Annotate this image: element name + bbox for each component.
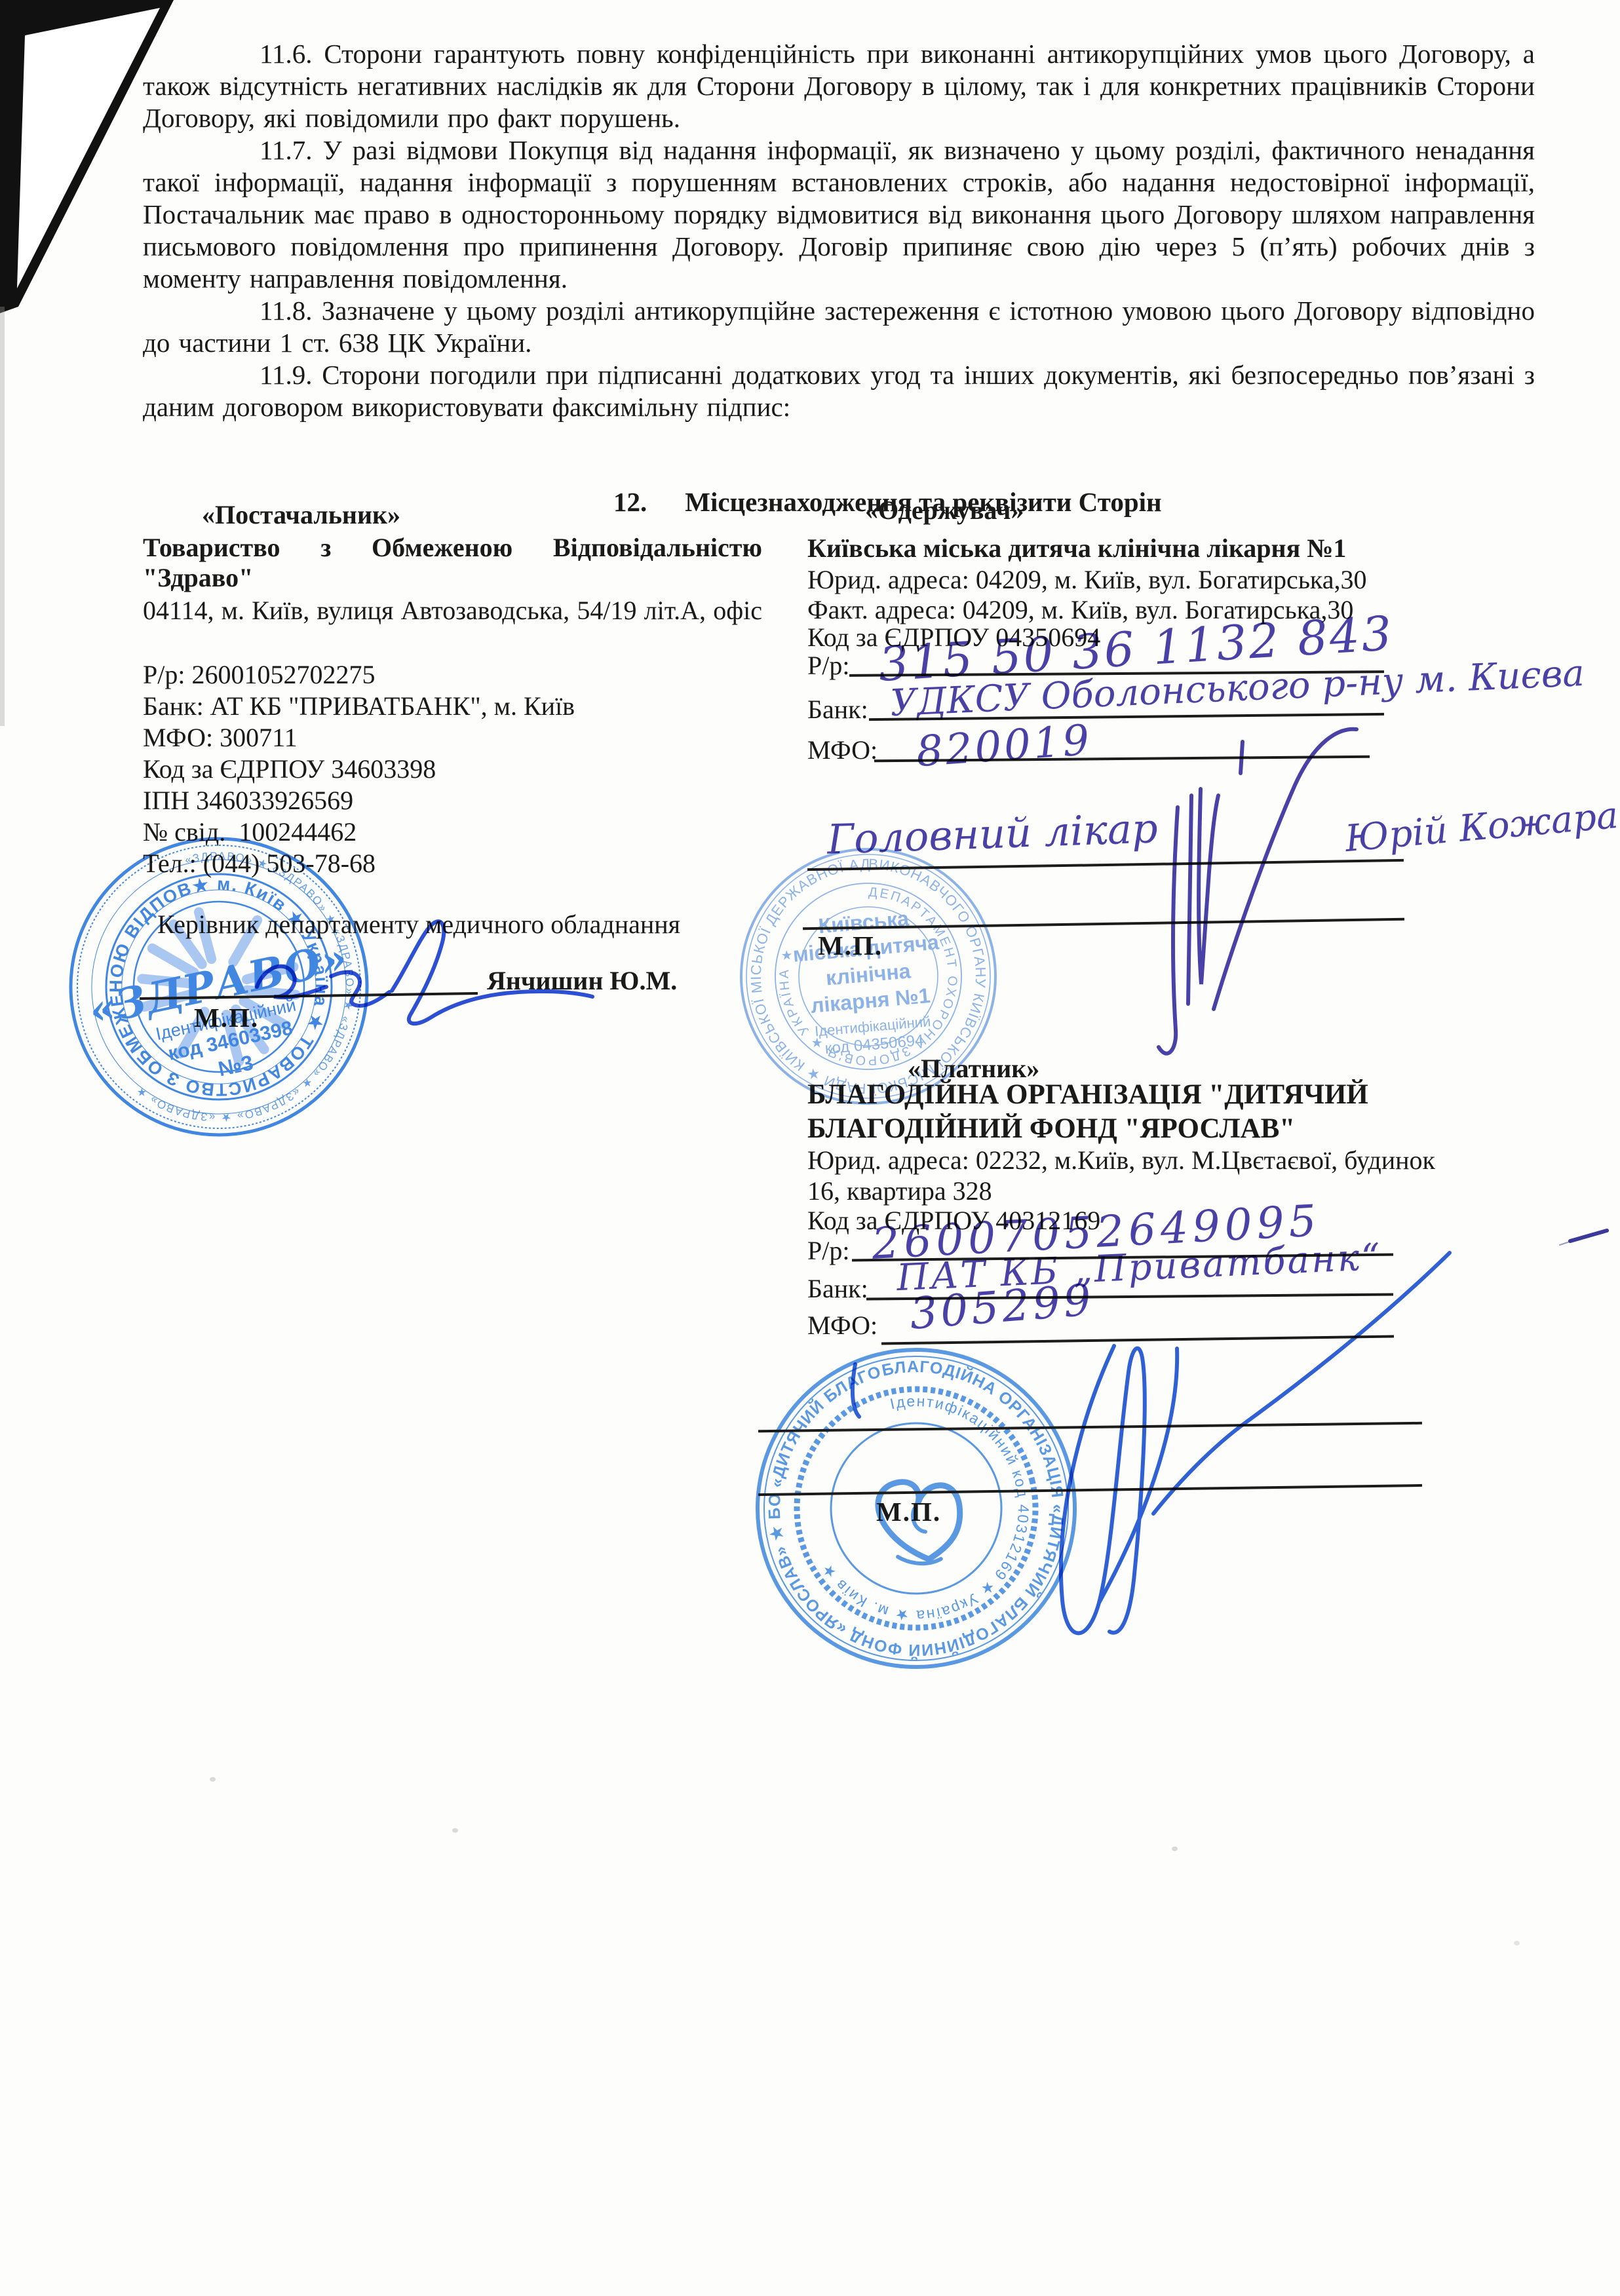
scan-speck [452, 1828, 458, 1833]
hospital-stamp-center-line: клінічна [825, 959, 912, 989]
receiver-bank-label: Банк: [807, 695, 868, 725]
scan-edge-shadow [0, 307, 5, 726]
supplier-ipn: ІПН 346033926569 [143, 786, 353, 816]
contract-clauses: 11.6. Сторони гарантують повну конфіденц… [143, 38, 1535, 423]
supplier-company-stamp: «ЗДРАВО» ★ «ЗДРАВО» ★ «ЗДРАВО» ★ «ЗДРАВО… [68, 836, 370, 1141]
hospital-stamp: ВИКОНАВЧОГО ОРГАНУ КИЇВСЬКОЇ МІСЬКОЇ РАД… [737, 845, 999, 1111]
payer-bank-label: Банк: [807, 1274, 868, 1304]
scan-speck [210, 1777, 216, 1782]
payer-mfo-line [881, 1335, 1394, 1345]
receiver-jur-address: Юрид. адреса: 04209, м. Київ, вул. Богат… [807, 565, 1367, 595]
heart-hands-icon [873, 1469, 971, 1572]
receiver-heading: «Одержувач» [865, 495, 1024, 526]
scanned-contract-page: 11.6. Сторони гарантують повну конфіденц… [0, 0, 1620, 2296]
scan-speck [1514, 1941, 1520, 1945]
supplier-signer-name: Янчишин Ю.М. [487, 966, 677, 996]
payer-jur-address-line2: 16, квартира 328 [807, 1176, 992, 1206]
supplier-heading: «Постачальник» [202, 500, 400, 530]
receiver-signer-handwritten: Юрій Кожара [1343, 794, 1620, 860]
supplier-account: Р/р: 26001052702275 [143, 660, 375, 690]
supplier-name: Товариство з Обмеженою Відповідальністю … [143, 533, 762, 593]
receiver-mfo-label: МФО: [807, 735, 877, 765]
scan-speck [1172, 1846, 1178, 1851]
section-12-number: 12. [613, 487, 647, 517]
supplier-edrpou: Код за ЄДРПОУ 34603398 [143, 754, 436, 784]
hospital-stamp-center-line: міська дитяча [792, 930, 940, 966]
receiver-name: Київська міська дитяча клінічна лікарня … [807, 533, 1346, 564]
fund-stamp: БЛАГОДІЙНА ОРГАНІЗАЦІЯ «ДИТЯЧИЙ БЛАГОДІЙ… [752, 1345, 1080, 1675]
supplier-mfo: МФО: 300711 [143, 723, 298, 753]
supplier-bank: Банк: АТ КБ "ПРИВАТБАНК", м. Київ [143, 691, 575, 721]
payer-mfo-label: МФО: [807, 1311, 877, 1341]
receiver-mfo-handwritten: 820019 [915, 716, 1094, 777]
payer-account-label: Р/р: [807, 1236, 849, 1266]
clause-11-6: 11.6. Сторони гарантують повну конфіденц… [143, 38, 1535, 134]
clause-11-9: 11.9. Сторони погодили при підписанні до… [143, 359, 1535, 423]
receiver-account-label: Р/р: [807, 651, 849, 681]
clause-11-8: 11.8. Зазначене у цьому розділі антикору… [143, 295, 1535, 359]
receiver-position-handwritten: Головний лікар [826, 804, 1159, 864]
clause-11-7: 11.7. У разі відмови Покупця від надання… [143, 134, 1535, 295]
pen-dash-mark [1560, 1231, 1607, 1245]
receiver-signature [1159, 729, 1357, 1054]
supplier-address: 04114, м. Київ, вулиця Автозаводська, 54… [143, 596, 762, 626]
payer-jur-address-line1: Юрид. адреса: 02232, м.Київ, вул. М.Цвєт… [807, 1145, 1435, 1176]
payer-name-line2: БЛАГОДІЙНИЙ ФОНД "ЯРОСЛАВ" [807, 1114, 1295, 1144]
